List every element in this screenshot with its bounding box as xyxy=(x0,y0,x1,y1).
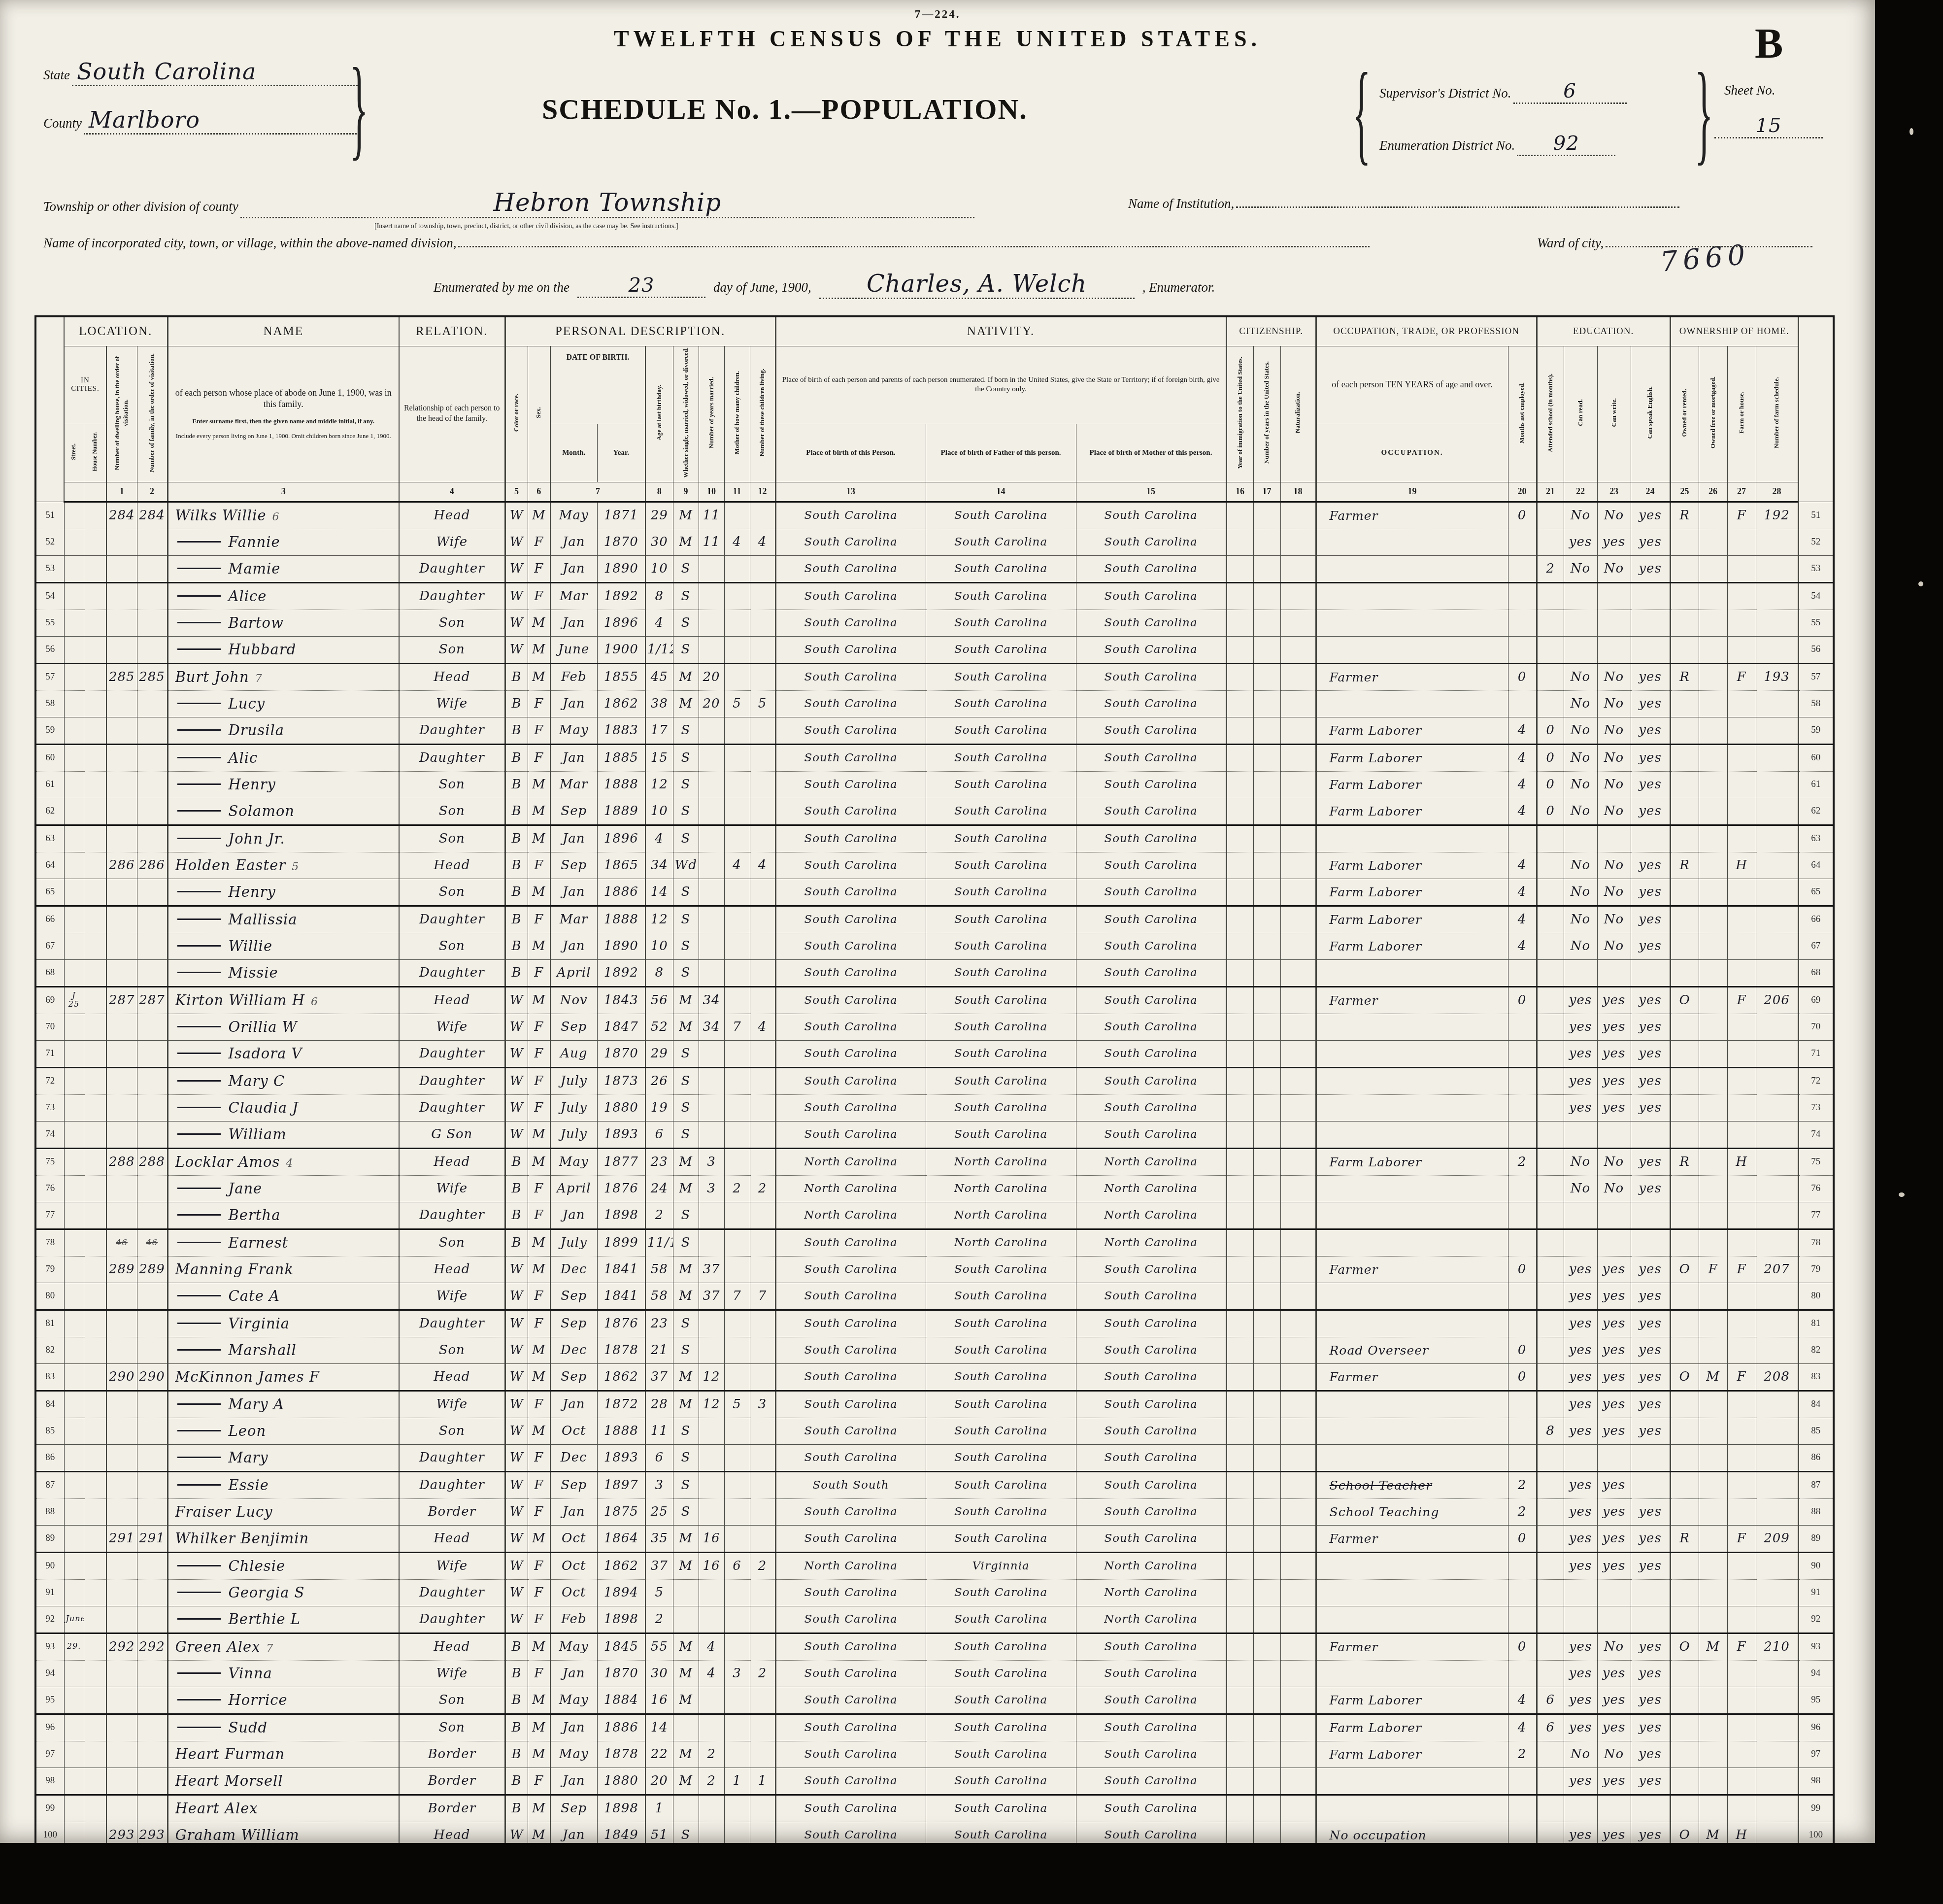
cell-rn: 67 xyxy=(35,933,64,959)
cell-mc xyxy=(724,663,750,690)
cell-co: B xyxy=(505,1714,528,1741)
cell-wr: yes xyxy=(1597,1337,1631,1363)
cell-st xyxy=(64,1552,84,1579)
cell-re: Son xyxy=(399,933,505,959)
cell-pm: South Carolina xyxy=(1076,582,1226,610)
cell-rn: 98 xyxy=(35,1768,64,1795)
column-numbers-row: 1 2 3 4 5 6 7 8 9 10 11 12 13 14 15 16 1… xyxy=(35,482,1834,502)
cell-nm: Fannie xyxy=(167,529,399,555)
cell-ag: 34 xyxy=(645,852,673,879)
cell-sx: M xyxy=(528,1363,550,1391)
cell-ma: S xyxy=(673,1337,699,1363)
cell-pf: South Carolina xyxy=(926,1498,1076,1525)
cell-st xyxy=(64,1660,84,1687)
cell-pm: South Carolina xyxy=(1076,1256,1226,1283)
cell-pb: South Carolina xyxy=(775,1040,926,1067)
township-label: Township or other division of county xyxy=(43,199,238,214)
cell-rn: 79 xyxy=(35,1256,64,1283)
cell-ym xyxy=(699,1202,724,1229)
cell-fh xyxy=(1727,1714,1756,1741)
cell-dw xyxy=(106,1283,137,1310)
cell-pm: South Carolina xyxy=(1076,986,1226,1014)
cell-co: B xyxy=(505,663,528,690)
cell-rd: yes xyxy=(1564,1687,1597,1714)
cell-rd xyxy=(1564,1444,1597,1471)
cell-mc xyxy=(724,986,750,1014)
cell-c17 xyxy=(1253,1337,1280,1363)
cell-c17 xyxy=(1253,690,1280,717)
cell-rd: No xyxy=(1564,744,1597,771)
cell-fh xyxy=(1727,1498,1756,1525)
cell-fm: M xyxy=(1699,1633,1727,1660)
cell-ag: 58 xyxy=(645,1283,673,1310)
cell-dw xyxy=(106,959,137,986)
cell-fh xyxy=(1727,1202,1756,1229)
cell-nm: Henry xyxy=(167,879,399,906)
cell-ho xyxy=(84,825,106,852)
cell-pm: South Carolina xyxy=(1076,1660,1226,1687)
cell-ym: 2 xyxy=(699,1741,724,1768)
cell-pm: South Carolina xyxy=(1076,825,1226,852)
cell-c17 xyxy=(1253,1633,1280,1660)
cell-mc xyxy=(724,959,750,986)
years-in-us-header: Number of years in the United States. xyxy=(1253,346,1280,482)
cell-rnr: 96 xyxy=(1798,1714,1834,1741)
table-row: 94VinnaWifeBFJan187030M432South Carolina… xyxy=(35,1660,1834,1687)
cell-ns xyxy=(1756,1579,1798,1606)
in-cities-header: IN CITIES. xyxy=(64,346,106,424)
cell-cl xyxy=(750,1498,775,1525)
cell-oc: Farm Laborer xyxy=(1316,906,1508,933)
cell-fm xyxy=(1699,555,1727,582)
months-not-employed-header: Months not employed. xyxy=(1508,346,1537,482)
cell-c18 xyxy=(1280,663,1316,690)
cell-dw: 289 xyxy=(106,1256,137,1283)
cell-cl: 4 xyxy=(750,852,775,879)
township-note: [Insert name of township, town, precinct… xyxy=(374,223,678,231)
ditto-mark xyxy=(177,1295,221,1296)
cell-pf: South Carolina xyxy=(926,771,1076,798)
cell-mo: Jan xyxy=(550,933,597,959)
cell-mn: 2 xyxy=(1508,1148,1537,1175)
cell-ns xyxy=(1756,529,1798,555)
cell-mc xyxy=(724,798,750,825)
cell-ma: M xyxy=(673,1283,699,1310)
relation-header: RELATION. xyxy=(399,316,505,346)
cell-pb: South Carolina xyxy=(775,1363,926,1391)
cell-mn: 4 xyxy=(1508,771,1537,798)
cell-fa: 286 xyxy=(137,852,167,879)
cell-pb: South Carolina xyxy=(775,1579,926,1606)
cell-ag: 1/12 xyxy=(645,636,673,663)
cell-ho xyxy=(84,1175,106,1202)
left-brace: } xyxy=(350,43,368,172)
cell-oc xyxy=(1316,1660,1508,1687)
cell-sc xyxy=(1537,1795,1564,1822)
cell-ag: 10 xyxy=(645,555,673,582)
cell-c16 xyxy=(1226,1714,1253,1741)
cell-rd: yes xyxy=(1564,1040,1597,1067)
cell-ns xyxy=(1756,555,1798,582)
ditto-mark xyxy=(177,783,221,785)
farm-schedule-header: Number of farm schedule. xyxy=(1756,346,1798,482)
cell-c17 xyxy=(1253,1094,1280,1121)
cell-en xyxy=(1631,1121,1670,1148)
cell-ma: S xyxy=(673,1121,699,1148)
cell-sc xyxy=(1537,1606,1564,1633)
cell-en: yes xyxy=(1631,986,1670,1014)
cell-en: yes xyxy=(1631,1768,1670,1795)
cell-rnr: 68 xyxy=(1798,959,1834,986)
cell-rn: 89 xyxy=(35,1525,64,1552)
cell-co: B xyxy=(505,852,528,879)
cell-rnr: 61 xyxy=(1798,771,1834,798)
location-header: LOCATION. xyxy=(64,316,167,346)
cell-ho xyxy=(84,1660,106,1687)
cell-c16 xyxy=(1226,986,1253,1014)
cell-rnr: 75 xyxy=(1798,1148,1834,1175)
cell-rnr: 74 xyxy=(1798,1121,1834,1148)
cell-mo: April xyxy=(550,959,597,986)
cell-ns xyxy=(1756,1687,1798,1714)
tally-mark: 4 xyxy=(286,1157,293,1170)
cell-ow xyxy=(1670,690,1699,717)
cell-co: W xyxy=(505,582,528,610)
cell-dw xyxy=(106,1741,137,1768)
cell-ym: 3 xyxy=(699,1148,724,1175)
cell-c16 xyxy=(1226,1579,1253,1606)
month-header: Month. xyxy=(550,424,597,482)
cell-mo: Mar xyxy=(550,582,597,610)
marital-header: Whether single, married, widowed, or div… xyxy=(673,346,699,482)
table-row: 68MissieDaughterBFApril18928SSouth Carol… xyxy=(35,959,1834,986)
cell-ho xyxy=(84,1525,106,1552)
cell-ow xyxy=(1670,1014,1699,1040)
cell-mo: July xyxy=(550,1067,597,1094)
cell-yr: 1841 xyxy=(597,1256,645,1283)
cell-pb: South Carolina xyxy=(775,852,926,879)
cell-st xyxy=(64,771,84,798)
cell-rn: 58 xyxy=(35,690,64,717)
cell-ow xyxy=(1670,1552,1699,1579)
cell-ym xyxy=(699,1498,724,1525)
cell-en xyxy=(1631,582,1670,610)
cell-ho xyxy=(84,690,106,717)
cell-fh xyxy=(1727,1768,1756,1795)
cell-yr: 1878 xyxy=(597,1337,645,1363)
cell-rnr: 79 xyxy=(1798,1256,1834,1283)
cell-co: B xyxy=(505,744,528,771)
cell-cl xyxy=(750,986,775,1014)
cell-re: Head xyxy=(399,1148,505,1175)
cell-ym: 37 xyxy=(699,1256,724,1283)
cell-ag: 29 xyxy=(645,502,673,529)
cell-wr xyxy=(1597,1795,1631,1822)
cell-co: B xyxy=(505,933,528,959)
cell-c16 xyxy=(1226,1283,1253,1310)
table-row: 65HenrySonBMJan188614SSouth CarolinaSout… xyxy=(35,879,1834,906)
cell-ho xyxy=(84,1471,106,1498)
census-sheet: 7—224. TWELFTH CENSUS OF THE UNITED STAT… xyxy=(0,0,1875,1843)
cell-fa: 291 xyxy=(137,1525,167,1552)
cell-ym: 16 xyxy=(699,1525,724,1552)
cell-c17 xyxy=(1253,1310,1280,1337)
occupation-description: of each person TEN YEARS of age and over… xyxy=(1316,346,1508,424)
cell-re: Son xyxy=(399,1229,505,1256)
cell-c17 xyxy=(1253,1471,1280,1498)
cell-sc: 0 xyxy=(1537,771,1564,798)
cell-rd: No xyxy=(1564,663,1597,690)
cell-yr: 1892 xyxy=(597,582,645,610)
cell-mn: 0 xyxy=(1508,1525,1537,1552)
cell-mo: Dec xyxy=(550,1256,597,1283)
cell-sc xyxy=(1537,690,1564,717)
cell-ns xyxy=(1756,1552,1798,1579)
years-married-header: Number of years married. xyxy=(699,346,724,482)
cell-st xyxy=(64,1283,84,1310)
cell-ag: 55 xyxy=(645,1633,673,1660)
cell-nm: Horrice xyxy=(167,1687,399,1714)
cell-ho xyxy=(84,1418,106,1444)
ditto-mark xyxy=(177,972,221,973)
cell-pm: South Carolina xyxy=(1076,502,1226,529)
cell-ma: S xyxy=(673,1471,699,1498)
cell-c18 xyxy=(1280,1444,1316,1471)
cell-cl xyxy=(750,744,775,771)
table-row: 72Mary CDaughterWFJuly187326SSouth Carol… xyxy=(35,1067,1834,1094)
ditto-mark xyxy=(177,703,221,704)
table-row: 91Georgia SDaughterWFOct18945South Carol… xyxy=(35,1579,1834,1606)
cell-sx: M xyxy=(528,1741,550,1768)
cell-yr: 1880 xyxy=(597,1768,645,1795)
table-row: 66MallissiaDaughterBFMar188812SSouth Car… xyxy=(35,906,1834,933)
cell-ym xyxy=(699,1310,724,1337)
cell-ma: S xyxy=(673,1498,699,1525)
cell-rd: yes xyxy=(1564,986,1597,1014)
cell-ns xyxy=(1756,959,1798,986)
cell-fh: F xyxy=(1727,1633,1756,1660)
cell-ym xyxy=(699,1094,724,1121)
cell-rnr: 87 xyxy=(1798,1471,1834,1498)
cell-oc xyxy=(1316,1579,1508,1606)
cell-ow xyxy=(1670,610,1699,636)
cell-pm: South Carolina xyxy=(1076,1444,1226,1471)
cell-mo: Mar xyxy=(550,906,597,933)
cell-rd: No xyxy=(1564,690,1597,717)
cell-cl: 5 xyxy=(750,690,775,717)
cell-mo: June xyxy=(550,636,597,663)
table-row: 95HorriceSonBMMay188416MSouth CarolinaSo… xyxy=(35,1687,1834,1714)
cell-re: Son xyxy=(399,1687,505,1714)
cell-wr xyxy=(1597,582,1631,610)
cell-en xyxy=(1631,1579,1670,1606)
cell-pm: South Carolina xyxy=(1076,879,1226,906)
free-mortgaged-header: Owned free or mortgaged. xyxy=(1699,346,1727,482)
cell-ho xyxy=(84,1310,106,1337)
cell-sc xyxy=(1537,1741,1564,1768)
cell-oc xyxy=(1316,959,1508,986)
cell-rd: yes xyxy=(1564,1014,1597,1040)
cell-yr: 1855 xyxy=(597,663,645,690)
cell-mo: July xyxy=(550,1121,597,1148)
cell-fa xyxy=(137,1795,167,1822)
cell-fh xyxy=(1727,1310,1756,1337)
schedule-title: SCHEDULE No. 1.—POPULATION. xyxy=(542,93,1028,126)
cell-ag: 6 xyxy=(645,1444,673,1471)
cell-yr: 1900 xyxy=(597,636,645,663)
cell-rnr: 89 xyxy=(1798,1525,1834,1552)
cell-ho xyxy=(84,1040,106,1067)
cell-nm: Mary C xyxy=(167,1067,399,1094)
cell-co: B xyxy=(505,1768,528,1795)
cell-rn: 76 xyxy=(35,1175,64,1202)
cell-fm xyxy=(1699,852,1727,879)
cell-oc xyxy=(1316,825,1508,852)
cell-ho xyxy=(84,1256,106,1283)
cell-rnr: 86 xyxy=(1798,1444,1834,1471)
cell-co: B xyxy=(505,798,528,825)
cell-fh xyxy=(1727,1121,1756,1148)
cell-cl xyxy=(750,1310,775,1337)
cell-co: W xyxy=(505,1471,528,1498)
table-row: 86MaryDaughterWFDec18936SSouth CarolinaS… xyxy=(35,1444,1834,1471)
cell-wr xyxy=(1597,1579,1631,1606)
table-row: 56HubbardSonWMJune19001/12SSouth Carolin… xyxy=(35,636,1834,663)
cell-rd: No xyxy=(1564,771,1597,798)
cell-sx: F xyxy=(528,690,550,717)
cell-rnr: 54 xyxy=(1798,582,1834,610)
cell-fh xyxy=(1727,1094,1756,1121)
cell-sx: M xyxy=(528,1795,550,1822)
cell-st xyxy=(64,529,84,555)
table-row: 70Orillia WWifeWFSep184752M3474South Car… xyxy=(35,1014,1834,1040)
cell-rn: 94 xyxy=(35,1660,64,1687)
cell-sc xyxy=(1537,636,1564,663)
cell-mn: 0 xyxy=(1508,502,1537,529)
cell-dw: 291 xyxy=(106,1525,137,1552)
cell-wr xyxy=(1597,1444,1631,1471)
cell-pm: South Carolina xyxy=(1076,1040,1226,1067)
cell-ns xyxy=(1756,1768,1798,1795)
cell-c18 xyxy=(1280,555,1316,582)
cell-sc: 2 xyxy=(1537,555,1564,582)
cell-dw: 286 xyxy=(106,852,137,879)
cell-c16 xyxy=(1226,879,1253,906)
cell-rn: 78 xyxy=(35,1229,64,1256)
cell-fm xyxy=(1699,1741,1727,1768)
cell-fa xyxy=(137,1391,167,1418)
cell-pf: South Carolina xyxy=(926,1014,1076,1040)
cell-mo: Jan xyxy=(550,879,597,906)
cell-sx: M xyxy=(528,933,550,959)
cell-ns xyxy=(1756,852,1798,879)
cell-mc xyxy=(724,1687,750,1714)
cell-rn: 53 xyxy=(35,555,64,582)
cell-sx: F xyxy=(528,1391,550,1418)
cell-ns xyxy=(1756,717,1798,744)
cell-mc: 3 xyxy=(724,1660,750,1687)
cell-mn xyxy=(1508,1606,1537,1633)
cell-oc xyxy=(1316,1310,1508,1337)
cell-rnr: 94 xyxy=(1798,1660,1834,1687)
table-row: 62SolamonSonBMSep188910SSouth CarolinaSo… xyxy=(35,798,1834,825)
cell-sc xyxy=(1537,1094,1564,1121)
cell-st xyxy=(64,933,84,959)
cell-sc: 0 xyxy=(1537,717,1564,744)
cell-mc xyxy=(724,1229,750,1256)
cell-ho xyxy=(84,610,106,636)
cell-c16 xyxy=(1226,582,1253,610)
cell-re: Son xyxy=(399,1418,505,1444)
cell-ag: 8 xyxy=(645,959,673,986)
cell-yr: 1870 xyxy=(597,529,645,555)
cell-mc xyxy=(724,610,750,636)
cell-c16 xyxy=(1226,798,1253,825)
cell-pb: South Carolina xyxy=(775,1741,926,1768)
cell-mn xyxy=(1508,1175,1537,1202)
cell-fm xyxy=(1699,1040,1727,1067)
cell-c16 xyxy=(1226,1633,1253,1660)
cell-re: Daughter xyxy=(399,717,505,744)
cell-st xyxy=(64,1040,84,1067)
township-line: Township or other division of county Heb… xyxy=(43,188,974,218)
cell-c17 xyxy=(1253,1741,1280,1768)
cell-c16 xyxy=(1226,1067,1253,1094)
cell-cl xyxy=(750,636,775,663)
pob-mother-header: Place of birth of Mother of this person. xyxy=(1076,424,1226,482)
table-row: 98Heart MorsellBorderBFJan188020M211Sout… xyxy=(35,1768,1834,1795)
cell-st xyxy=(64,1795,84,1822)
cell-fh xyxy=(1727,636,1756,663)
cell-rd xyxy=(1564,1121,1597,1148)
cell-rn: 92 xyxy=(35,1606,64,1633)
cell-nm: Wilks Willie6 xyxy=(167,502,399,529)
cell-ns xyxy=(1756,1121,1798,1148)
cell-pb: South Carolina xyxy=(775,825,926,852)
cell-sc xyxy=(1537,1498,1564,1525)
cell-oc: Farm Laborer xyxy=(1316,1148,1508,1175)
cell-fa: 287 xyxy=(137,986,167,1014)
table-row: 58LucyWifeBFJan186238M2055South Carolina… xyxy=(35,690,1834,717)
cell-sx: M xyxy=(528,771,550,798)
cell-ho xyxy=(84,636,106,663)
cell-fm xyxy=(1699,610,1727,636)
cell-fm xyxy=(1699,1579,1727,1606)
cell-nm: Leon xyxy=(167,1418,399,1444)
cell-mn xyxy=(1508,636,1537,663)
cell-ho xyxy=(84,959,106,986)
cell-sx: F xyxy=(528,1283,550,1310)
cell-mn xyxy=(1508,1202,1537,1229)
cell-ma: S xyxy=(673,1094,699,1121)
cell-c18 xyxy=(1280,1121,1316,1148)
cell-re: Head xyxy=(399,1256,505,1283)
cell-co: W xyxy=(505,1283,528,1310)
cell-fh xyxy=(1727,690,1756,717)
cell-ns: 210 xyxy=(1756,1633,1798,1660)
cell-mc xyxy=(724,1256,750,1283)
cell-pb: North Carolina xyxy=(775,1175,926,1202)
cell-ns xyxy=(1756,1040,1798,1067)
cell-rnr: 98 xyxy=(1798,1768,1834,1795)
cell-sc xyxy=(1537,1391,1564,1418)
cell-ns xyxy=(1756,1418,1798,1444)
cell-pm: South Carolina xyxy=(1076,555,1226,582)
census-table-body: 51284284Wilks Willie6HeadWMMay187129M11S… xyxy=(35,502,1834,1849)
cell-mc xyxy=(724,1633,750,1660)
cell-cl xyxy=(750,1525,775,1552)
cell-ma: M xyxy=(673,1148,699,1175)
